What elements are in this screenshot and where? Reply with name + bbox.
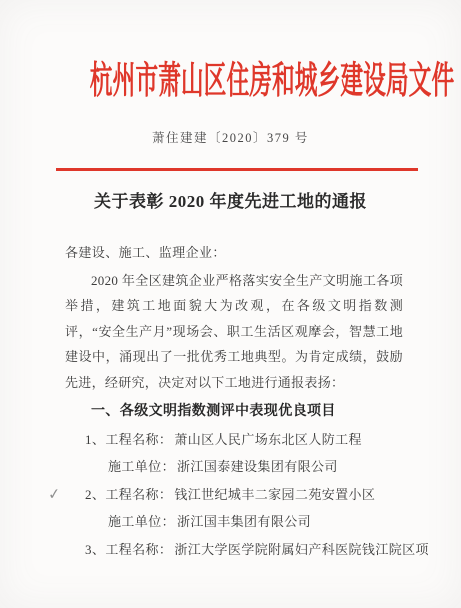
list-item-1-index: 1、 [85,432,105,447]
handwritten-checkmark-icon: ✓ [47,480,63,509]
list-item-2-index: 2、 [85,487,105,502]
contractor-value: 浙江国泰建设集团有限公司 [177,459,338,474]
document-number: 萧住建建〔2020〕379 号 [0,128,461,146]
project-name-label: 工程名称： [105,432,172,447]
list-item-1-project-row: 1、工程名称：萧山区人民广场东北区人防工程 [65,426,440,453]
contractor-value: 浙江国丰集团有限公司 [177,514,311,529]
project-list: 1、工程名称：萧山区人民广场东北区人防工程 施工单位：浙江国泰建设集团有限公司 … [65,426,440,563]
agency-title: 杭州市萧山区住房和城乡建设局文件 [0,50,461,99]
document-title: 关于表彰 2020 年度先进工地的通报 [0,187,461,212]
list-item-3-index: 3、 [85,542,105,557]
project-name-label: 工程名称： [105,487,172,502]
project-name-value: 萧山区人民广场东北区人防工程 [174,432,362,447]
project-name-value: 浙江大学医学院附属妇产科医院钱江院区项 [174,542,429,557]
list-item-1-contractor-row: 施工单位：浙江国泰建设集团有限公司 [65,453,440,480]
project-name-label: 工程名称： [105,542,172,557]
list-item-3-project-row: 3、工程名称：浙江大学医学院附属妇产科医院钱江院区项 [65,536,440,563]
salutation: 各建设、施工、监理企业： [65,242,226,261]
document-page: 杭州市萧山区住房和城乡建设局文件 萧住建建〔2020〕379 号 关于表彰 20… [0,0,461,608]
contractor-label: 施工单位： [108,459,175,474]
contractor-label: 施工单位： [108,514,175,529]
agency-title-text: 杭州市萧山区住房和城乡建设局文件 [90,50,454,104]
project-name-value: 钱江世纪城丰二家园二苑安置小区 [174,487,375,502]
body-paragraph: 2020 年全区建筑企业严格落实安全生产文明施工各项举措，建筑工地面貌大为改观，… [65,268,403,395]
list-item-2-project-row: ✓ 2、工程名称：钱江世纪城丰二家园二苑安置小区 [65,481,440,508]
section-heading: 一、各级文明指数测评中表现优良项目 [91,400,336,420]
red-separator-rule [56,168,418,171]
list-item-2-contractor-row: 施工单位：浙江国丰集团有限公司 [65,508,440,535]
